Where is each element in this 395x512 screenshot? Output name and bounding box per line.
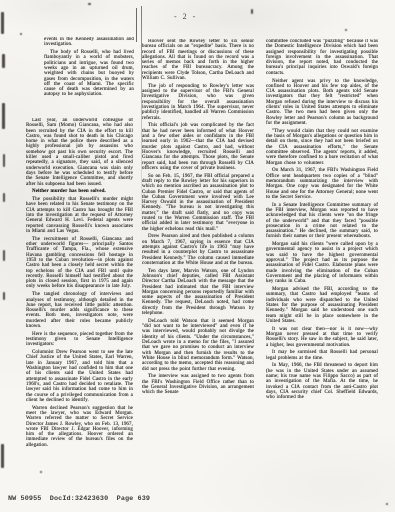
- article-column-3: committee concluded was "puzzling" becau…: [266, 39, 378, 453]
- paragraph: So on Feb. 15, 1967, the FBI official pr…: [142, 174, 254, 232]
- speck: [40, 471, 42, 473]
- edge-mark: [3, 292, 5, 300]
- paragraph: In May, 1966, the FBI threatened to depo…: [266, 363, 378, 400]
- paragraph: Hoover sent the Rowley letter to six sen…: [142, 39, 254, 81]
- article-column-2: Hoover sent the Rowley letter to six sen…: [142, 39, 254, 443]
- speck: [88, 3, 91, 5]
- article-column-1: Last year, an underworld colleague of Ro…: [26, 118, 133, 452]
- paragraph: "They would claim that they could not ex…: [266, 129, 378, 166]
- article-column-1-top: events in the Kennedy assassination and …: [44, 37, 134, 117]
- fold-crease-line: [136, 8, 137, 42]
- paragraph: committee concluded was "puzzling" becau…: [266, 39, 378, 76]
- paragraph: It may be surmised that Rosselli had per…: [266, 350, 378, 361]
- scanned-document-page: - 2 - events in the Kennedy assassinatio…: [0, 0, 395, 512]
- paragraph: Warren declined Pearson's suggestion tha…: [26, 406, 133, 448]
- archive-footer-stamp: NW 50955 DocId:32423630 Page 639: [8, 495, 150, 503]
- speck: [20, 33, 22, 35]
- paragraph: events in the Kennedy assassination and …: [44, 37, 134, 48]
- paragraph: Columnist Drew Pearson went to see the l…: [26, 350, 133, 403]
- edge-mark: [2, 103, 5, 129]
- edge-mark: [2, 54, 5, 68]
- edge-mark: [3, 193, 5, 202]
- edge-mark: [3, 250, 5, 261]
- paragraph: The job of responding to Rowley's letter…: [142, 84, 254, 121]
- paragraph: Neither agent was privy to the knowledge…: [266, 79, 378, 127]
- paragraph: This official's job was complicated by t…: [142, 123, 254, 171]
- edge-mark: [1, 444, 4, 468]
- paragraph: Here is the sequence, pieced together fr…: [26, 332, 133, 348]
- paragraph: The body of Rosselli, who had lived flam…: [44, 50, 134, 98]
- paragraph: The recruitment of Rosselli, Giancana an…: [26, 237, 133, 290]
- paragraph: Morgan advised the FBI, according to the…: [266, 287, 378, 324]
- page-number: - 2 -: [174, 12, 197, 21]
- paragraph: On March 31, 1967, the FBI's Washington …: [266, 168, 378, 200]
- paragraph: The tangled chronology of interviews and…: [26, 292, 133, 329]
- paragraph: Neither murder has been solved.: [26, 189, 133, 194]
- speck: [386, 503, 388, 505]
- speck: [251, 9, 253, 14]
- paragraph: Ten days later, Marvin Watson, one of Ly…: [142, 269, 254, 317]
- paragraph: The possibility that Rosselli's murder m…: [26, 197, 133, 234]
- paragraph: DeLoach told Watson that it seemed Morga…: [142, 319, 254, 372]
- speck: [345, 29, 347, 31]
- paragraph: The interview was assigned to two agents…: [142, 374, 254, 395]
- paragraph: Morgan said his clients "were called upo…: [266, 242, 378, 284]
- edge-mark: [1, 12, 4, 34]
- edge-mark: [3, 154, 5, 167]
- paragraph: Drew Pearson aired and then published a …: [142, 234, 254, 266]
- paragraph: In a Senate Intelligence Committee summa…: [266, 203, 378, 240]
- paragraph: Last year, an underworld colleague of Ro…: [26, 118, 133, 187]
- paragraph: It was not clear then—nor is it now—why …: [266, 327, 378, 348]
